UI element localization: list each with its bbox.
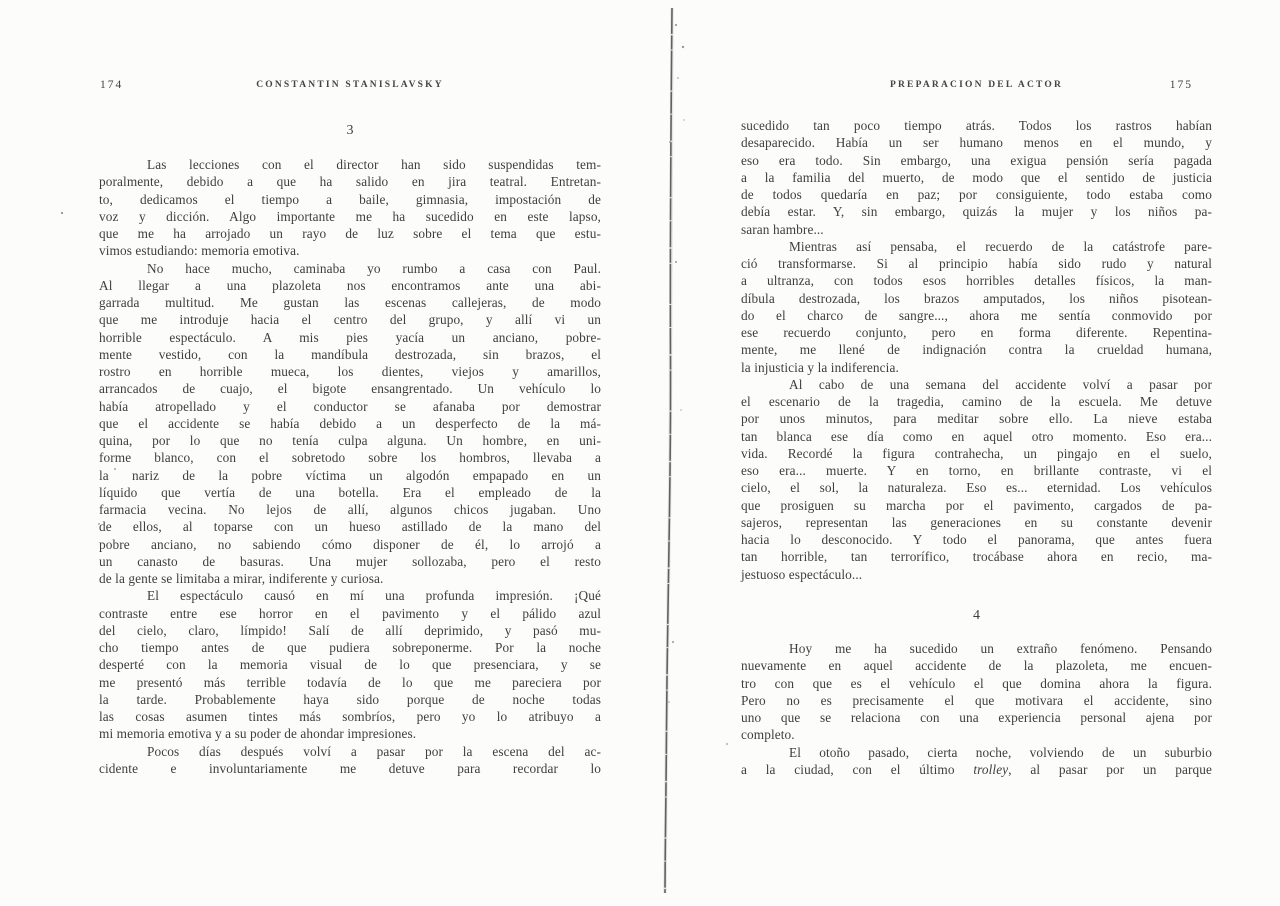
- text-run: El otoño pasado, cierta noche, volviendo…: [789, 745, 1212, 760]
- text-line: nuevamente en aquel accidente de la plaz…: [741, 657, 1212, 674]
- text-line: un canasto de basuras. Una mujer solloza…: [99, 553, 601, 570]
- text-line: que el accidente se había debido a un de…: [99, 415, 601, 432]
- text-line: desperté con la memoria visual de lo que…: [99, 656, 601, 673]
- gutter-binding-shadow: [640, 0, 700, 906]
- text-run: to, dedicamos el tiempo a baile, gimnasi…: [99, 192, 601, 207]
- text-line: tro con que es el vehículo el que domina…: [741, 675, 1212, 692]
- text-run: la nariz de la pobre víctima un algodón …: [99, 468, 601, 483]
- text-run: desperté con la memoria visual de lo que…: [99, 657, 601, 672]
- text-run: farmacia vecina. No lejos de allí, algun…: [99, 502, 601, 517]
- text-run: El espectáculo causó en mí una profunda …: [147, 588, 601, 603]
- text-run: horrible espectáculo. A mis pies yacía u…: [99, 330, 601, 345]
- text-line: forme blanco, con el sobretodo sobre los…: [99, 449, 601, 466]
- text-line: uno que se relaciona con una experiencia…: [741, 709, 1212, 726]
- text-run: No hace mucho, caminaba yo rumbo a casa …: [147, 261, 601, 276]
- text-run: arrancados de cuajo, el bigote ensangren…: [99, 381, 601, 396]
- text-line: horrible espectáculo. A mis pies yacía u…: [99, 329, 601, 346]
- text-run: mente, me llené de indignación contra la…: [741, 342, 1212, 357]
- text-line: contraste entre ese horror en el pavimen…: [99, 605, 601, 622]
- text-line: jestuoso espectáculo...: [741, 566, 1212, 583]
- text-line: que me ha arrojado un rayo de luz sobre …: [99, 225, 601, 242]
- text-run: Pero no es precisamente el que motivara …: [741, 693, 1212, 708]
- text-line: sajeros, representan las generaciones en…: [741, 514, 1212, 531]
- text-line: garrada multitud. Me gustan las escenas …: [99, 294, 601, 311]
- text-run: cielo, el sol, la naturaleza. Eso es... …: [741, 480, 1212, 495]
- text-line: pobre anciano, no sabiendo cómo disponer…: [99, 536, 601, 553]
- text-run: tan horrible, tan terrorífico, trocábase…: [741, 549, 1212, 564]
- text-line: de la gente se limitaba a mirar, indifer…: [99, 570, 601, 587]
- right-page-number: 175: [1170, 79, 1193, 91]
- text-line: díbula destrozada, los brazos amputados,…: [741, 290, 1212, 307]
- text-line: sucedido tan poco tiempo atrás. Todos lo…: [741, 117, 1212, 134]
- text-line: del cielo, claro, límpido! Salí de allí …: [99, 622, 601, 639]
- text-run: vimos estudiando: memoria emotiva.: [99, 243, 300, 258]
- text-line: tan blanca ese día como en aquel otro mo…: [741, 428, 1212, 445]
- text-line: cidente e involuntariamente me detuve pa…: [99, 760, 601, 777]
- text-run: Al cabo de una semana del accidente volv…: [789, 377, 1212, 392]
- right-page-body-lower: Hoy me ha sucedido un extraño fenómeno. …: [741, 640, 1212, 778]
- text-run: a ultranza, con todos esos horribles det…: [741, 273, 1212, 288]
- text-line: debía estar. Y, sin embargo, quizás la m…: [741, 203, 1212, 220]
- text-run: las cosas asumen tintes más sombríos, pe…: [99, 709, 601, 724]
- text-line: vida. Recordé la figura contrahecha, un …: [741, 445, 1212, 462]
- section-heading-3: 3: [99, 123, 601, 139]
- text-run: rostro en horrible mueca, los dientes, v…: [99, 364, 601, 379]
- right-page-body-upper: sucedido tan poco tiempo atrás. Todos lo…: [741, 117, 1212, 583]
- text-run: Las lecciones con el director han sido s…: [147, 157, 601, 172]
- text-run: do el charco de sangre..., ahora me sent…: [741, 308, 1212, 323]
- text-line: completo.: [741, 726, 1212, 743]
- text-run: que me ha arrojado un rayo de luz sobre …: [99, 226, 601, 241]
- text-line: por unos minutos, para meditar sobre ell…: [741, 410, 1212, 427]
- text-run: pobre anciano, no sabiendo cómo disponer…: [99, 537, 601, 552]
- text-line: Mientras así pensaba, el recuerdo de la …: [741, 238, 1212, 255]
- text-run: , al pasar por un parque: [1008, 762, 1212, 777]
- text-line: Al llegar a una plazoleta nos encontramo…: [99, 277, 601, 294]
- text-run: por unos minutos, para meditar sobre ell…: [741, 411, 1212, 426]
- left-page-header: 174 CONSTANTIN STANISLAVSKY: [99, 80, 601, 96]
- text-line: que me introduje hacia el centro del gru…: [99, 311, 601, 328]
- text-line: quina, por lo que no tenía culpa alguna.…: [99, 432, 601, 449]
- text-run: la injusticia y la indiferencia.: [741, 360, 899, 375]
- text-run: a la ciudad, con el último: [741, 762, 973, 777]
- text-run: sajeros, representan las generaciones en…: [741, 515, 1212, 530]
- text-run: que el accidente se había debido a un de…: [99, 416, 601, 431]
- text-run: vida. Recordé la figura contrahecha, un …: [741, 446, 1212, 461]
- text-line: do el charco de sangre..., ahora me sent…: [741, 307, 1212, 324]
- book-scan-spread: { "colors": { "page_bg": "#fcfcfa", "ink…: [0, 0, 1280, 906]
- text-line: farmacia vecina. No lejos de allí, algun…: [99, 501, 601, 518]
- text-line: Al cabo de una semana del accidente volv…: [741, 376, 1212, 393]
- text-run: Al llegar a una plazoleta nos encontramo…: [99, 278, 601, 293]
- scan-speck: [726, 743, 728, 745]
- text-run: cidente e involuntariamente me detuve pa…: [99, 761, 601, 776]
- text-run: eso era todo. Sin embargo, una exigua pe…: [741, 153, 1212, 168]
- text-line: el escenario de la tragedia, camino de l…: [741, 393, 1212, 410]
- text-run: un canasto de basuras. Una mujer solloza…: [99, 554, 601, 569]
- text-line: la tarde. Probablemente haya sido porque…: [99, 691, 601, 708]
- text-run: completo.: [741, 727, 795, 742]
- text-run: díbula destrozada, los brazos amputados,…: [741, 291, 1212, 306]
- text-line: Hoy me ha sucedido un extraño fenómeno. …: [741, 640, 1212, 657]
- text-run: hacia lo desconocido. Y todo el panorama…: [741, 532, 1212, 547]
- text-run: el escenario de la tragedia, camino de l…: [741, 394, 1212, 409]
- text-line: a la ciudad, con el último trolley, al p…: [741, 761, 1212, 778]
- text-run: eso era... muerte. Y en torno, en brilla…: [741, 463, 1212, 478]
- text-run: mi memoria emotiva y a su poder de ahond…: [99, 726, 416, 741]
- section-heading-4: 4: [741, 608, 1212, 624]
- text-line: Las lecciones con el director han sido s…: [99, 156, 601, 173]
- text-line: la injusticia y la indiferencia.: [741, 359, 1212, 376]
- text-run: ese recuerdo conjunto, pero en forma dif…: [741, 325, 1212, 340]
- text-run: tan blanca ese día como en aquel otro mo…: [741, 429, 1212, 444]
- text-line: cielo, el sol, la naturaleza. Eso es... …: [741, 479, 1212, 496]
- left-page-body: Las lecciones con el director han sido s…: [99, 156, 601, 777]
- text-line: El espectáculo causó en mí una profunda …: [99, 587, 601, 604]
- text-run: ció transformarse. Si al principio había…: [741, 256, 1212, 271]
- text-run: había atropellado y el conductor se afan…: [99, 399, 601, 414]
- text-run: que prosiguen su marcha por el pavimento…: [741, 498, 1212, 513]
- text-line: El otoño pasado, cierta noche, volviendo…: [741, 744, 1212, 761]
- text-run: que me introduje hacia el centro del gru…: [99, 312, 601, 327]
- italic-text-run: trolley: [973, 762, 1008, 777]
- text-run: mente vestido, con la mandíbula destroza…: [99, 347, 601, 362]
- text-run: Hoy me ha sucedido un extraño fenómeno. …: [789, 641, 1212, 656]
- text-run: la tarde. Probablemente haya sido porque…: [99, 692, 601, 707]
- text-line: No hace mucho, caminaba yo rumbo a casa …: [99, 260, 601, 277]
- text-line: rostro en horrible mueca, los dientes, v…: [99, 363, 601, 380]
- text-line: ese recuerdo conjunto, pero en forma dif…: [741, 324, 1212, 341]
- text-line: tan horrible, tan terrorífico, trocábase…: [741, 548, 1212, 565]
- text-run: quina, por lo que no tenía culpa alguna.…: [99, 433, 601, 448]
- text-line: voz y dicción. Algo importante me ha suc…: [99, 208, 601, 225]
- text-line: vimos estudiando: memoria emotiva.: [99, 242, 601, 259]
- text-line: eso era todo. Sin embargo, una exigua pe…: [741, 152, 1212, 169]
- text-run: nuevamente en aquel accidente de la plaz…: [741, 658, 1212, 673]
- text-line: saran hambre...: [741, 221, 1212, 238]
- left-running-head: CONSTANTIN STANISLAVSKY: [99, 80, 601, 90]
- text-line: mente, me llené de indignación contra la…: [741, 341, 1212, 358]
- text-line: de ellos, al toparse con un hueso astill…: [99, 518, 601, 535]
- right-page-header: PREPARACION DEL ACTOR 175: [741, 80, 1212, 96]
- text-run: Pocos días después volví a pasar por la …: [147, 744, 601, 759]
- text-line: desaparecido. Había un ser humano menos …: [741, 134, 1212, 151]
- text-run: poralmente, debido a que ha salido en ji…: [99, 174, 601, 189]
- text-line: las cosas asumen tintes más sombríos, pe…: [99, 708, 601, 725]
- text-line: arrancados de cuajo, el bigote ensangren…: [99, 380, 601, 397]
- right-running-head: PREPARACION DEL ACTOR: [741, 80, 1212, 90]
- text-line: mi memoria emotiva y a su poder de ahond…: [99, 725, 601, 742]
- text-line: a la familia del muerto, de modo que el …: [741, 169, 1212, 186]
- text-line: hacia lo desconocido. Y todo el panorama…: [741, 531, 1212, 548]
- scan-speck: [61, 212, 63, 214]
- text-run: desaparecido. Había un ser humano menos …: [741, 135, 1212, 150]
- text-run: uno que se relaciona con una experiencia…: [741, 710, 1212, 725]
- text-run: voz y dicción. Algo importante me ha suc…: [99, 209, 601, 224]
- text-run: de todos quedaría en paz; por consiguien…: [741, 187, 1212, 202]
- text-run: líquido que vertía de una botella. Era e…: [99, 485, 601, 500]
- text-run: Mientras así pensaba, el recuerdo de la …: [789, 239, 1212, 254]
- scan-speck: [98, 523, 100, 525]
- left-page-number: 174: [100, 79, 123, 91]
- text-line: to, dedicamos el tiempo a baile, gimnasi…: [99, 191, 601, 208]
- text-line: eso era... muerte. Y en torno, en brilla…: [741, 462, 1212, 479]
- text-line: a ultranza, con todos esos horribles det…: [741, 272, 1212, 289]
- text-line: que prosiguen su marcha por el pavimento…: [741, 497, 1212, 514]
- text-run: jestuoso espectáculo...: [741, 567, 862, 582]
- text-run: saran hambre...: [741, 222, 824, 237]
- text-run: me presentó más terrible todavía de lo q…: [99, 675, 601, 690]
- text-line: poralmente, debido a que ha salido en ji…: [99, 173, 601, 190]
- text-run: contraste entre ese horror en el pavimen…: [99, 606, 601, 621]
- text-line: la nariz de la pobre víctima un algodón …: [99, 467, 601, 484]
- text-line: líquido que vertía de una botella. Era e…: [99, 484, 601, 501]
- text-line: de todos quedaría en paz; por consiguien…: [741, 186, 1212, 203]
- text-line: Pero no es precisamente el que motivara …: [741, 692, 1212, 709]
- text-run: forme blanco, con el sobretodo sobre los…: [99, 450, 601, 465]
- scan-speck: [114, 468, 116, 470]
- text-run: debía estar. Y, sin embargo, quizás la m…: [741, 204, 1212, 219]
- text-run: sucedido tan poco tiempo atrás. Todos lo…: [741, 118, 1212, 133]
- text-run: de la gente se limitaba a mirar, indifer…: [99, 571, 383, 586]
- text-run: a la familia del muerto, de modo que el …: [741, 170, 1212, 185]
- text-run: garrada multitud. Me gustan las escenas …: [99, 295, 601, 310]
- text-line: había atropellado y el conductor se afan…: [99, 398, 601, 415]
- text-run: tro con que es el vehículo el que domina…: [741, 676, 1212, 691]
- text-line: cho tiempo antes de que pudiera sobrepon…: [99, 639, 601, 656]
- text-run: del cielo, claro, límpido! Salí de allí …: [99, 623, 601, 638]
- text-line: Pocos días después volví a pasar por la …: [99, 743, 601, 760]
- text-line: mente vestido, con la mandíbula destroza…: [99, 346, 601, 363]
- text-run: cho tiempo antes de que pudiera sobrepon…: [99, 640, 601, 655]
- text-line: ció transformarse. Si al principio había…: [741, 255, 1212, 272]
- text-run: de ellos, al toparse con un hueso astill…: [99, 519, 601, 534]
- text-line: me presentó más terrible todavía de lo q…: [99, 674, 601, 691]
